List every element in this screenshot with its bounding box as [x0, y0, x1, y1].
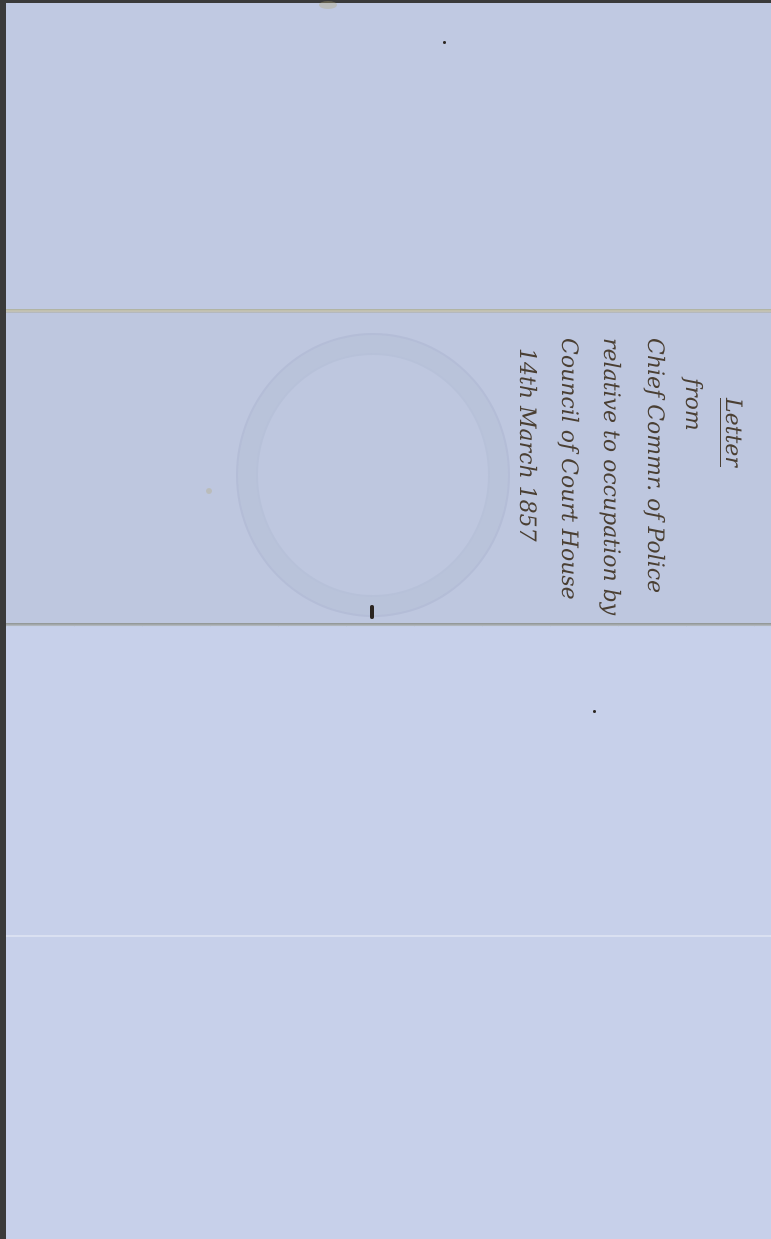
ink-mark — [370, 605, 374, 619]
embossed-seal — [236, 333, 510, 617]
docket-line-subject-cont: Council of Court House — [557, 338, 579, 600]
bottom-panel — [6, 627, 771, 1239]
paper-stain — [206, 488, 212, 494]
top-panel — [6, 3, 771, 309]
docket-line-subject: relative to occupation by — [599, 338, 621, 615]
docket-line-date: 14th March 1857 — [515, 348, 537, 542]
fold-crease-upper — [6, 309, 771, 313]
ink-speck — [593, 710, 596, 713]
docket-line-sender: Chief Commr. of Police — [643, 338, 665, 593]
fold-crease-faint — [6, 935, 771, 937]
ink-speck — [443, 41, 446, 44]
docket-endorsement: Letter from Chief Commr. of Police relat… — [511, 338, 751, 618]
letter-sheet: Letter from Chief Commr. of Police relat… — [6, 3, 771, 1239]
docket-line-title: Letter — [720, 398, 743, 467]
fold-crease-lower — [6, 623, 771, 626]
paper-stain — [319, 1, 337, 9]
docket-line-from: from — [681, 378, 703, 431]
